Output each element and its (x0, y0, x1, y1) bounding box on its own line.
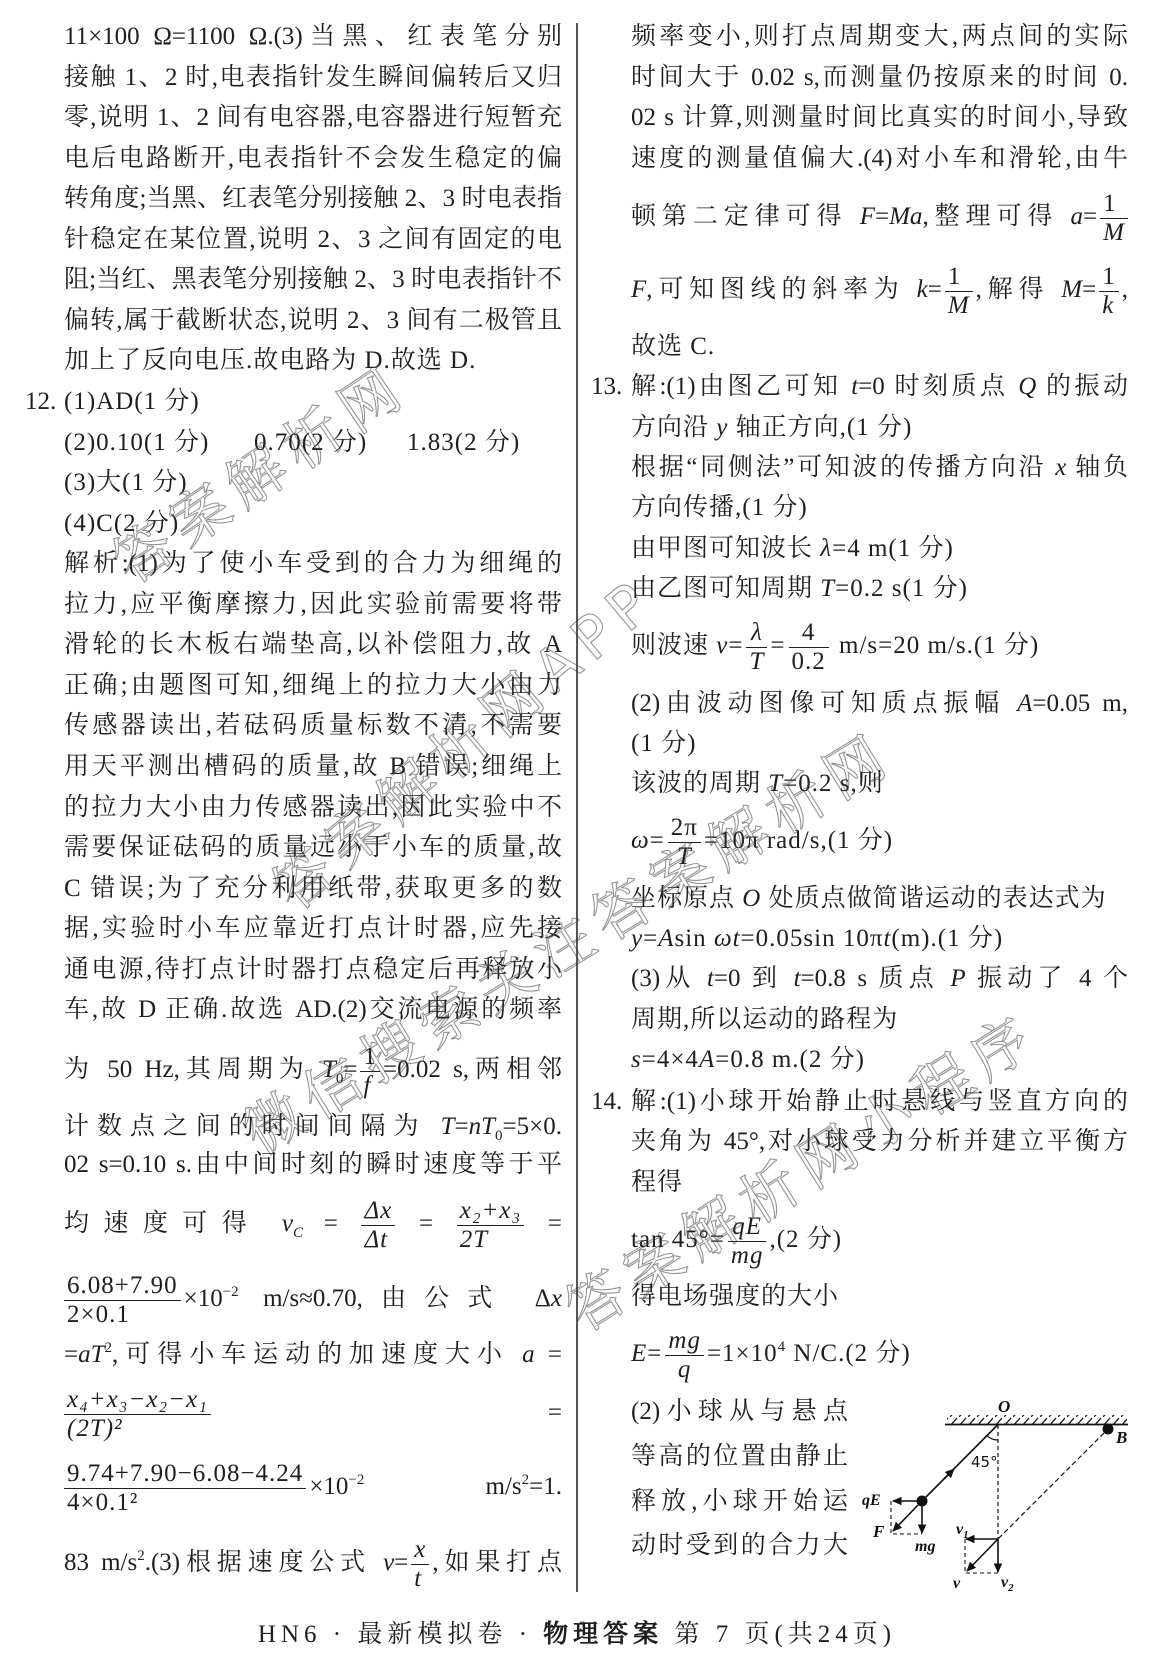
math-var: E (631, 1340, 647, 1367)
velocity-label: v (953, 1575, 961, 1592)
question-number-14: 14. (591, 1086, 622, 1118)
text-run: 的振动 (1036, 373, 1128, 400)
math-var: v (282, 1210, 293, 1237)
q12-analysis-line-1: 解析:(1)为了使小车受到的合力为细绳的 (64, 548, 562, 580)
question-number-12: 12. (25, 386, 56, 418)
text-run: =5×0. (503, 1113, 562, 1140)
fraction-numerator: qE (728, 1213, 767, 1242)
page-footer: HN6 · 最新模拟卷 · 物理答案 第 7 页(共24页) (0, 1619, 1154, 1651)
math-var: T (322, 1056, 336, 1083)
q14-part2-line-1: (2)小球从与悬点 (631, 1396, 848, 1428)
q14-line-1: 解:(1)小球开始静止时悬线与竖直方向的 (631, 1086, 1128, 1118)
angle-label: 45° (971, 1453, 998, 1471)
footer-subject: 物理答案 (543, 1621, 663, 1648)
math-superscript: 4 (778, 1339, 787, 1355)
q12-analysis-line-12: 车,故 D 正确.故选 AD.(2)交流电源的频率 (64, 994, 562, 1026)
velocity-v-arrow (967, 1539, 998, 1571)
q12-analysis-line-6: 用天平测出槽码的质量,故 B 错误;细绳上 (64, 751, 562, 783)
q11-line-6: 针稳定在某位置,说明 2、3 之间有固定的电 (64, 224, 562, 256)
point-b-label: B (1115, 1428, 1127, 1447)
q11-line-8: 偏转,属于截断状态,说明 2、3 间有二极管且 (64, 305, 562, 337)
math-var: T (820, 575, 835, 602)
text-run: sin (675, 925, 714, 952)
fraction-denominator: mg (728, 1242, 767, 1270)
fraction-denominator: 4×0.1² (64, 1489, 306, 1517)
q12-analysis-line-2: 拉力,应平衡摩擦力,因此实验前需要将带 (64, 589, 562, 621)
fraction-numerator: x (411, 1536, 429, 1565)
math-var: x (551, 1285, 562, 1312)
q11-line-7: 阻;当红、黑表笔分别接触 2、3 时电表指针不 (64, 264, 562, 296)
q13-line-3: 根据“同侧法”可知波的传播方向沿 x 轴负 (631, 452, 1128, 484)
tension-arrow-icon (944, 1469, 954, 1479)
fraction-numerator: 1 (1099, 263, 1119, 292)
math-var: A (1017, 690, 1032, 717)
text-run: N/C.(2 分) (786, 1340, 911, 1367)
q12-speed-line: 83 m/s2.(3)根据速度公式 v=xt,如果打点 (64, 1547, 562, 1579)
q12-continued-line-1: 频率变小,则打点周期变大,两点间的实际 (631, 21, 1128, 53)
text-run: 则波速 (631, 632, 716, 659)
document-page: 11×100 Ω=1100 Ω.(3)当黑、红表笔分别 接触 1、2 时,电表指… (0, 0, 1154, 1675)
fraction: ΔxΔt (361, 1197, 395, 1254)
text-run: .(3)根据速度公式 (145, 1549, 383, 1576)
q13-line-12: 坐标原点 O 处质点做简谐运动的表达式为 (631, 883, 1128, 915)
math-var: A (699, 1046, 715, 1073)
math-var: Q (1018, 373, 1036, 400)
q13-line-5: 由甲图可知波长 λ=4 m(1 分) (631, 533, 1128, 565)
column-divider (576, 23, 578, 1592)
q12-analysis-line-7: 的拉力大小由力传感器读出,因此实验中不 (64, 792, 562, 824)
text-run: 根据“同侧法”可知波的传播方向沿 (631, 454, 1055, 481)
q12-accel-line: =aT2,可得小车运动的加速度大小 a = (64, 1339, 562, 1371)
q14-line-6: E=mgq=1×104 N/C.(2 分) (631, 1338, 1128, 1370)
text-run: = (324, 1210, 338, 1237)
q13-line-14: (3)从 t=0 到 t=0.8 s 质点 P 振动了 4 个 (631, 963, 1128, 995)
text-run: = (1082, 276, 1096, 303)
q12-answer-part2-value-3: 1.83(2 分) (407, 427, 520, 459)
fraction: 9.74+7.90−6.08−4.244×0.1² (64, 1460, 306, 1517)
q13-line-13: y=Asin ωt=0.05sin 10πt(m).(1 分) (631, 923, 1128, 955)
ceiling (945, 1415, 1128, 1425)
math-var: ωt (714, 925, 741, 952)
text-run: =0.8 m.(2 分) (715, 1046, 865, 1073)
math-superscript: −2 (348, 1472, 364, 1488)
q14-part2-line-3: 释放,小球开始运 (631, 1486, 848, 1518)
math-var: ω (631, 827, 650, 854)
fraction-numerator: λ (746, 619, 767, 648)
text-run: ,如果打点 (432, 1549, 562, 1576)
ball-trajectory-line (998, 1433, 1104, 1539)
text-run: = (643, 925, 658, 952)
text-run: ,解得 (976, 276, 1062, 303)
q12-continued-line-2: 时间大于 0.02 s,而测量仍按原来的时间 0. (631, 62, 1128, 94)
fraction: 1M (1100, 190, 1128, 247)
text-run: = (770, 632, 785, 659)
q11-line-4: 电后电路断开,电表指针不会发生稳定的偏 (64, 143, 562, 175)
math-var: O (742, 885, 761, 912)
q12-answer-part3: (3)大(1 分) (64, 467, 562, 499)
net-force-arrow (893, 1505, 918, 1531)
fraction-denominator: M (945, 292, 973, 320)
text-run: (m).(1 分) (891, 925, 1003, 952)
q12-newton-line: 顿第二定律可得 F=Ma,整理可得 a=1M (631, 201, 1128, 233)
text-run: ,可知图线的斜率为 (646, 276, 916, 303)
math-var: Ma (889, 203, 922, 230)
math-var: aT (78, 1341, 104, 1368)
q13-line-10: 该波的周期 T=0.2 s,则 (631, 768, 1128, 800)
text-run: = (64, 1341, 78, 1368)
math-var: F (860, 203, 875, 230)
q12-answer-part2-value-2: 0.70(2 分) (254, 427, 367, 459)
fraction: qEmg (728, 1213, 767, 1270)
q12-slope-line: F,可知图线的斜率为 k=1M,解得 M=1k, (631, 274, 1128, 306)
text-run: (2)由波动图像可知质点振幅 (631, 690, 1017, 717)
text-run: = (343, 1056, 357, 1083)
q13-line-8: (2)由波动图像可知质点振幅 A=0.05 m, (631, 688, 1128, 720)
text-run: = (419, 1210, 433, 1237)
text-run: 振动了 4 个 (966, 965, 1128, 992)
fraction: x₂+x₃2T (457, 1197, 524, 1254)
text-run: ,(2 分) (769, 1226, 842, 1253)
text-run: = (647, 1340, 662, 1367)
q14-line-3: 程得 (631, 1167, 1128, 1199)
text-run: 该波的周期 (631, 770, 768, 797)
text-run: =0.05sin 10π (741, 925, 884, 952)
q12-vc-value-line: 6.08+7.902×0.1×10−2 m/s≈0.70,由公式 Δx (64, 1283, 562, 1315)
fraction: 2πT (668, 814, 701, 871)
q12-accel-formula-line: x₄+x₃−x₂−x₁(2T)² = (64, 1397, 562, 1429)
text-run: 处质点做简谐运动的表达式为 (761, 885, 1106, 912)
q14-part2-line-4: 动时受到的合力大 (631, 1530, 848, 1562)
q12-continued-line-4: 速度的测量值偏大.(4)对小车和滑轮,由牛 (631, 143, 1128, 175)
fraction: λT (746, 619, 767, 676)
text-run: = (650, 827, 665, 854)
text-run: =0.2 s,则 (783, 770, 884, 797)
fraction-denominator: T (668, 843, 701, 871)
q12-vc-line: 均速度可得 vC = ΔxΔt = x₂+x₃2T = (64, 1208, 562, 1240)
text-run: 顿第二定律可得 (631, 203, 860, 230)
footer-page-number: 第 7 页(共24页) (663, 1621, 896, 1648)
footer-series: HN6 · 最新模拟卷 · (258, 1621, 543, 1648)
text-run: ×10 (309, 1473, 348, 1500)
q12-analysis-line-10: 据,实验时小车应靠近打点计时器,应先接 (64, 913, 562, 945)
text-run: 为 50 Hz,其周期为 (64, 1056, 322, 1083)
q12-analysis-line-3: 滑轮的长木板右端垫高,以补偿阻力,故 A (64, 629, 562, 661)
q13-line-11: ω=2πT=10π rad/s,(1 分) (631, 825, 1128, 857)
text-run: =4 m(1 分) (832, 535, 954, 562)
text-run: ×10 (184, 1285, 223, 1312)
text-run: ,整理可得 (922, 203, 1070, 230)
q12-conclusion: 故选 C. (631, 331, 1128, 363)
math-var: a (522, 1341, 535, 1368)
fraction-denominator: 0.2 (789, 648, 829, 676)
fraction-denominator: 2T (457, 1226, 524, 1254)
v1-subscript: 1 (963, 1529, 969, 1541)
text-run: = (928, 276, 942, 303)
gravity-label: mg (915, 1538, 935, 1555)
math-var: M (1061, 276, 1082, 303)
fraction-denominator: Δt (361, 1226, 395, 1254)
q12-answer-part2-value-1: (2)0.10(1 分) (64, 427, 209, 459)
text-run: = (394, 1549, 408, 1576)
fraction: mgq (665, 1327, 704, 1384)
math-var: P (950, 965, 965, 992)
q14-line-4: tan 45°=qEmg,(2 分) (631, 1224, 1128, 1256)
q14-line-5: 得电场强度的大小 (631, 1281, 1128, 1313)
fraction-denominator: t (411, 1565, 429, 1593)
fraction-numerator: x₄+x₃−x₂−x₁ (64, 1386, 211, 1415)
q13-line-7: 则波速 v=λT=40.2 m/s=20 m/s.(1 分) (631, 630, 1128, 662)
text-run: 83 m/s (64, 1549, 137, 1576)
text-run: 方向沿 (631, 414, 716, 441)
fraction: 40.2 (789, 619, 829, 676)
fraction: x₄+x₃−x₂−x₁(2T)² (64, 1386, 211, 1443)
q13-line-9: (1 分) (631, 728, 1128, 760)
q13-line-15: 周期,所以运动的路程为 (631, 1004, 1128, 1036)
text-run: 轴正方向,(1 分) (728, 414, 912, 441)
text-run: =1. (529, 1473, 562, 1500)
q12-analysis-line-9: C 错误;为了充分利用纸带,获取更多的数 (64, 873, 562, 905)
fraction-denominator: M (1100, 219, 1128, 247)
math-var: T (481, 1113, 495, 1140)
math-var: y (631, 925, 643, 952)
q14-part2-line-2: 等高的位置由静止 (631, 1441, 848, 1473)
ball-start-b (1103, 1424, 1114, 1435)
v2-subscript: 2 (1007, 1582, 1014, 1594)
math-var: a (1071, 203, 1084, 230)
text-run: tan 45°= (631, 1226, 725, 1253)
q11-line-1: 11×100 Ω=1100 Ω.(3)当黑、红表笔分别 (64, 21, 562, 53)
fraction-numerator: 2π (668, 814, 701, 843)
electric-force-label: qE (862, 1492, 881, 1509)
q13-line-16: s=4×4A=0.8 m.(2 分) (631, 1044, 1128, 1076)
math-var: y (716, 414, 728, 441)
q13-line-4: 方向传播,(1 分) (631, 492, 1128, 524)
fraction-denominator: k (1099, 292, 1119, 320)
q11-line-2: 接触 1、2 时,电表指针发生瞬间偏转后又归 (64, 62, 562, 94)
fraction-numerator: 6.08+7.90 (64, 1272, 181, 1301)
angle-arc (987, 1435, 998, 1440)
text-run: 轴负 (1066, 454, 1128, 481)
q12-analysis-line-5: 传感器读出,若砝码质量标数不清,不需要 (64, 710, 562, 742)
math-subscript: C (293, 1225, 303, 1241)
text-run: =4×4 (642, 1046, 699, 1073)
math-var: A (658, 925, 674, 952)
q12-interval-line-2: 02 s=0.10 s.由中间时刻的瞬时速度等于平 (64, 1149, 562, 1181)
q12-analysis-line-8: 需要保证砝码的质量远小于小车的质量,故 (64, 832, 562, 864)
math-var: s (631, 1046, 642, 1073)
q12-answer-part1: (1)AD(1 分) (64, 386, 562, 418)
q12-continued-line-3: 02 s 计算,则测量时间比真实的时间小,导致 (631, 102, 1128, 134)
text-run: (3)从 (631, 965, 707, 992)
text-run: =0 到 (714, 965, 794, 992)
text-run: ,可得小车运动的加速度大小 (112, 1341, 522, 1368)
math-subscript: 0 (495, 1128, 503, 1144)
question-number-13: 13. (591, 371, 622, 403)
q12-answer-part2: (2)0.10(1 分) 0.70(2 分) 1.83(2 分) (64, 427, 562, 459)
text-run: 计数点之间的时间间隔为 (64, 1113, 441, 1140)
fraction-denominator: (2T)² (64, 1415, 211, 1443)
fraction-numerator: 1 (360, 1043, 380, 1072)
text-run: 坐标原点 (631, 885, 742, 912)
q13-line-1: 解:(1)由图乙可知 t=0 时刻质点 Q 的振动 (631, 371, 1128, 403)
math-var: λ (820, 535, 832, 562)
math-var: t (794, 965, 801, 992)
math-var: v (716, 632, 728, 659)
math-var: F (631, 276, 646, 303)
text-run: = (1083, 203, 1097, 230)
q12-interval-line: 计数点之间的时间间隔为 T=nT0=5×0. (64, 1111, 562, 1143)
math-var: n (469, 1113, 482, 1140)
q12-answer-part4: (4)C(2 分) (64, 508, 562, 540)
q13-line-6: 由乙图可知周期 T=0.2 s(1 分) (631, 573, 1128, 605)
text-run: = (728, 632, 743, 659)
math-superscript: −2 (223, 1284, 239, 1300)
text-run: =0.02 s,两相邻 (383, 1056, 562, 1083)
ball-equilibrium (917, 1496, 928, 1507)
v2-label: v2 (1001, 1574, 1014, 1594)
text-run: = (548, 1399, 562, 1426)
math-superscript: 2 (105, 1340, 113, 1356)
text-run: =10π rad/s,(1 分) (704, 827, 893, 854)
q12-analysis-line-4: 正确;由题图可知,细绳上的拉力大小由力 (64, 670, 562, 702)
fraction: 1f (360, 1043, 380, 1100)
force-velocity-diagram: O B 45° qE F mg v1 v2 v (860, 1390, 1154, 1620)
q13-line-2: 方向沿 y 轴正方向,(1 分) (631, 412, 1128, 444)
v1-label: v1 (956, 1521, 969, 1541)
fraction: 6.08+7.902×0.1 (64, 1272, 181, 1329)
net-force-label: F (872, 1522, 885, 1541)
fraction-denominator: f (360, 1072, 380, 1100)
math-superscript: 2 (137, 1548, 145, 1564)
text-run: =0.8 s 质点 (801, 965, 951, 992)
text-run: 均速度可得 (64, 1210, 261, 1237)
math-var: k (917, 276, 928, 303)
fraction-numerator: 1 (1100, 190, 1128, 219)
text-run: 由甲图可知波长 (631, 535, 820, 562)
math-var: x (1055, 454, 1066, 481)
q11-line-3: 零,说明 1、2 间有电容器,电容器进行短暂充 (64, 102, 562, 134)
text-run: m/s=20 m/s.(1 分) (832, 632, 1040, 659)
q12-period-line: 为 50 Hz,其周期为 T0=1f=0.02 s,两相邻 (64, 1054, 562, 1086)
text-run: =0.2 s(1 分) (835, 575, 968, 602)
math-var: T (768, 770, 783, 797)
text-run: , (1122, 276, 1128, 303)
text-run: =1×10 (707, 1340, 778, 1367)
text-run: =0 时刻质点 (858, 373, 1018, 400)
q14-line-2: 夹角为 45°,对小球受力分析并建立平衡方 (631, 1126, 1128, 1158)
fraction-numerator: 4 (789, 619, 829, 648)
q11-line-9: 加上了反向电压.故电路为 D.故选 D. (64, 345, 562, 377)
fraction: 1k (1099, 263, 1119, 320)
text-run: 解:(1)由图乙可知 (631, 373, 851, 400)
fraction-denominator: 2×0.1 (64, 1301, 181, 1329)
fraction-denominator: q (665, 1356, 704, 1384)
text-run: = (455, 1113, 469, 1140)
text-run: m/s≈0.70,由公式 Δ (239, 1285, 551, 1312)
fraction-numerator: 9.74+7.90−6.08−4.24 (64, 1460, 306, 1489)
fraction: xt (411, 1536, 429, 1593)
text-run: 由乙图可知周期 (631, 575, 820, 602)
q11-line-5: 转角度;当黑、红表笔分别接触 2、3 时电表指 (64, 183, 562, 215)
math-var: t (707, 965, 714, 992)
fraction-numerator: mg (665, 1327, 704, 1356)
text-run: = (535, 1341, 562, 1368)
fraction-numerator: 1 (945, 263, 973, 292)
fraction: 1M (945, 263, 973, 320)
text-run: = (875, 203, 889, 230)
fraction-denominator: T (746, 648, 767, 676)
text-run: = (548, 1210, 562, 1237)
fraction-numerator: Δx (361, 1197, 395, 1226)
text-run: =0.05 m, (1032, 690, 1128, 717)
q12-accel-value-line: 9.74+7.90−6.08−4.244×0.1²×10−2 m/s2=1. (64, 1471, 562, 1503)
text-run: m/s (364, 1473, 521, 1500)
math-var: v (383, 1549, 394, 1576)
fraction-numerator: x₂+x₃ (457, 1197, 524, 1226)
q12-analysis-line-11: 通电源,待打点计时器打点稳定后再释放小 (64, 954, 562, 986)
math-var: T (441, 1113, 455, 1140)
pivot-label: O (998, 1397, 1010, 1416)
